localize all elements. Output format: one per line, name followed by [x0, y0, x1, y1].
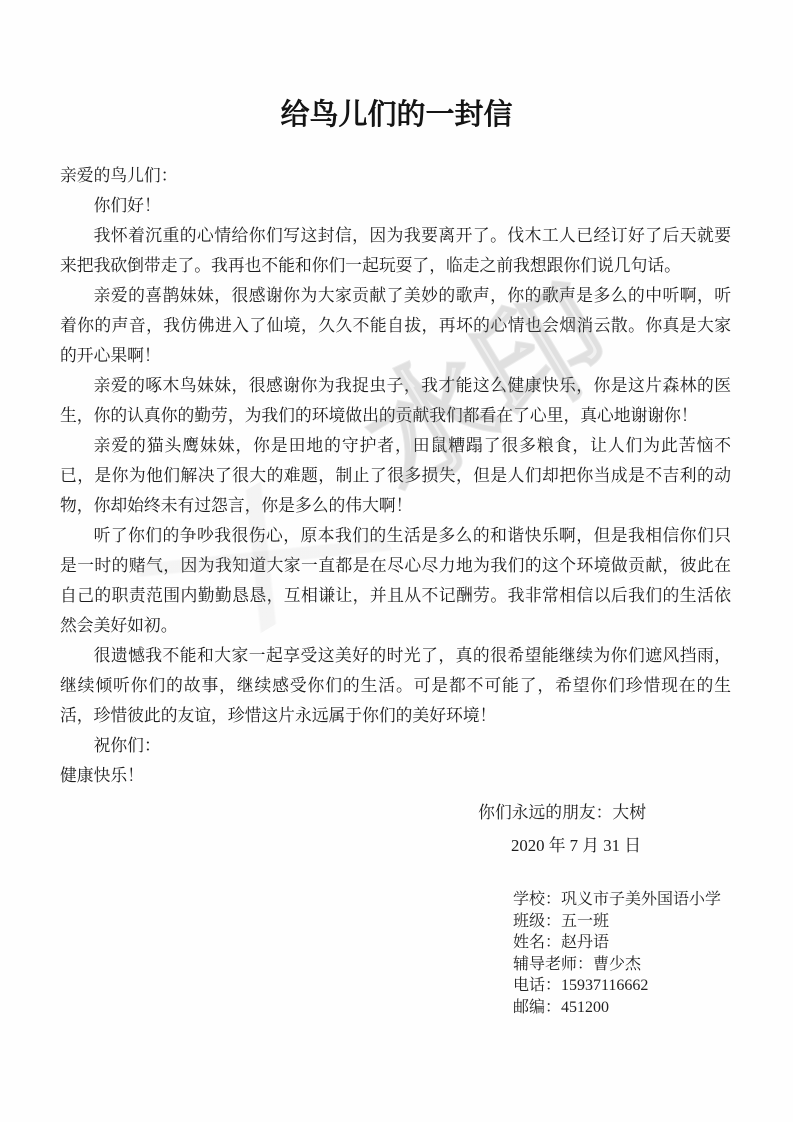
author-zipcode-label: 邮编：	[513, 999, 561, 1016]
letter-paragraph-intro: 我怀着沉重的心情给你们写这封信，因为我要离开了。伐木工人已经订好了后天就要来把我…	[60, 221, 731, 281]
author-tutor-value: 曹少杰	[593, 956, 641, 973]
letter-paragraph-woodpecker: 亲爱的啄木鸟妹妹，很感谢你为我捉虫子，我才能这么健康快乐，你是这片森林的医生，你…	[60, 371, 731, 431]
author-name: 姓名：赵丹语	[513, 932, 793, 954]
author-school-value: 巩义市子美外国语小学	[561, 891, 721, 908]
author-phone: 电话：15937116662	[513, 975, 793, 997]
author-zipcode-value: 451200	[561, 999, 609, 1016]
letter-paragraph-quarrel: 听了你们的争吵我很伤心，原本我们的生活是多么的和谐快乐啊，但是我相信你们只是一时…	[60, 521, 731, 641]
author-phone-value: 15937116662	[561, 977, 648, 994]
letter-paragraph-greeting: 你们好！	[60, 191, 731, 221]
author-tutor: 辅导老师：曹少杰	[513, 954, 793, 976]
letter-paragraph-farewell: 很遗憾我不能和大家一起享受这美好的时光了，真的很希望能继续为你们遮风挡雨，继续倾…	[60, 641, 731, 731]
letter-body: 亲爱的鸟儿们： 你们好！ 我怀着沉重的心情给你们写这封信，因为我要离开了。伐木工…	[60, 161, 731, 791]
author-class: 班级：五一班	[513, 911, 793, 933]
author-class-value: 五一班	[561, 913, 609, 930]
author-info-block: 学校：巩义市子美外国语小学 班级：五一班 姓名：赵丹语 辅导老师：曹少杰 电话：…	[513, 889, 793, 1018]
author-tutor-label: 辅导老师：	[513, 956, 593, 973]
letter-paragraph-magpie: 亲爱的喜鹊妹妹，很感谢你为大家贡献了美妙的歌声，你的歌声是多么的中听啊，听着你的…	[60, 281, 731, 371]
letter-title: 给鸟儿们的一封信	[0, 0, 793, 133]
author-zipcode: 邮编：451200	[513, 997, 793, 1019]
author-phone-label: 电话：	[513, 977, 561, 994]
author-name-label: 姓名：	[513, 934, 561, 951]
author-school-label: 学校：	[513, 891, 561, 908]
letter-signature: 你们永远的朋友：大树	[60, 798, 731, 828]
letter-salutation: 亲爱的鸟儿们：	[60, 161, 731, 191]
letter-paragraph-owl: 亲爱的猫头鹰妹妹，你是田地的守护者，田鼠糟蹋了很多粮食，让人们为此苦恼不已，是你…	[60, 431, 731, 521]
letter-wish-closing: 健康快乐！	[60, 761, 731, 791]
author-school: 学校：巩义市子美外国语小学	[513, 889, 793, 911]
author-name-value: 赵丹语	[561, 934, 609, 951]
letter-date: 2020 年 7 月 31 日	[60, 831, 731, 861]
author-class-label: 班级：	[513, 913, 561, 930]
signature-block: 你们永远的朋友：大树 2020 年 7 月 31 日	[60, 798, 731, 861]
letter-page: 水印 给鸟儿们的一封信 亲爱的鸟儿们： 你们好！ 我怀着沉重的心情给你们写这封信…	[0, 0, 793, 1122]
letter-wish-lead: 祝你们：	[60, 731, 731, 761]
